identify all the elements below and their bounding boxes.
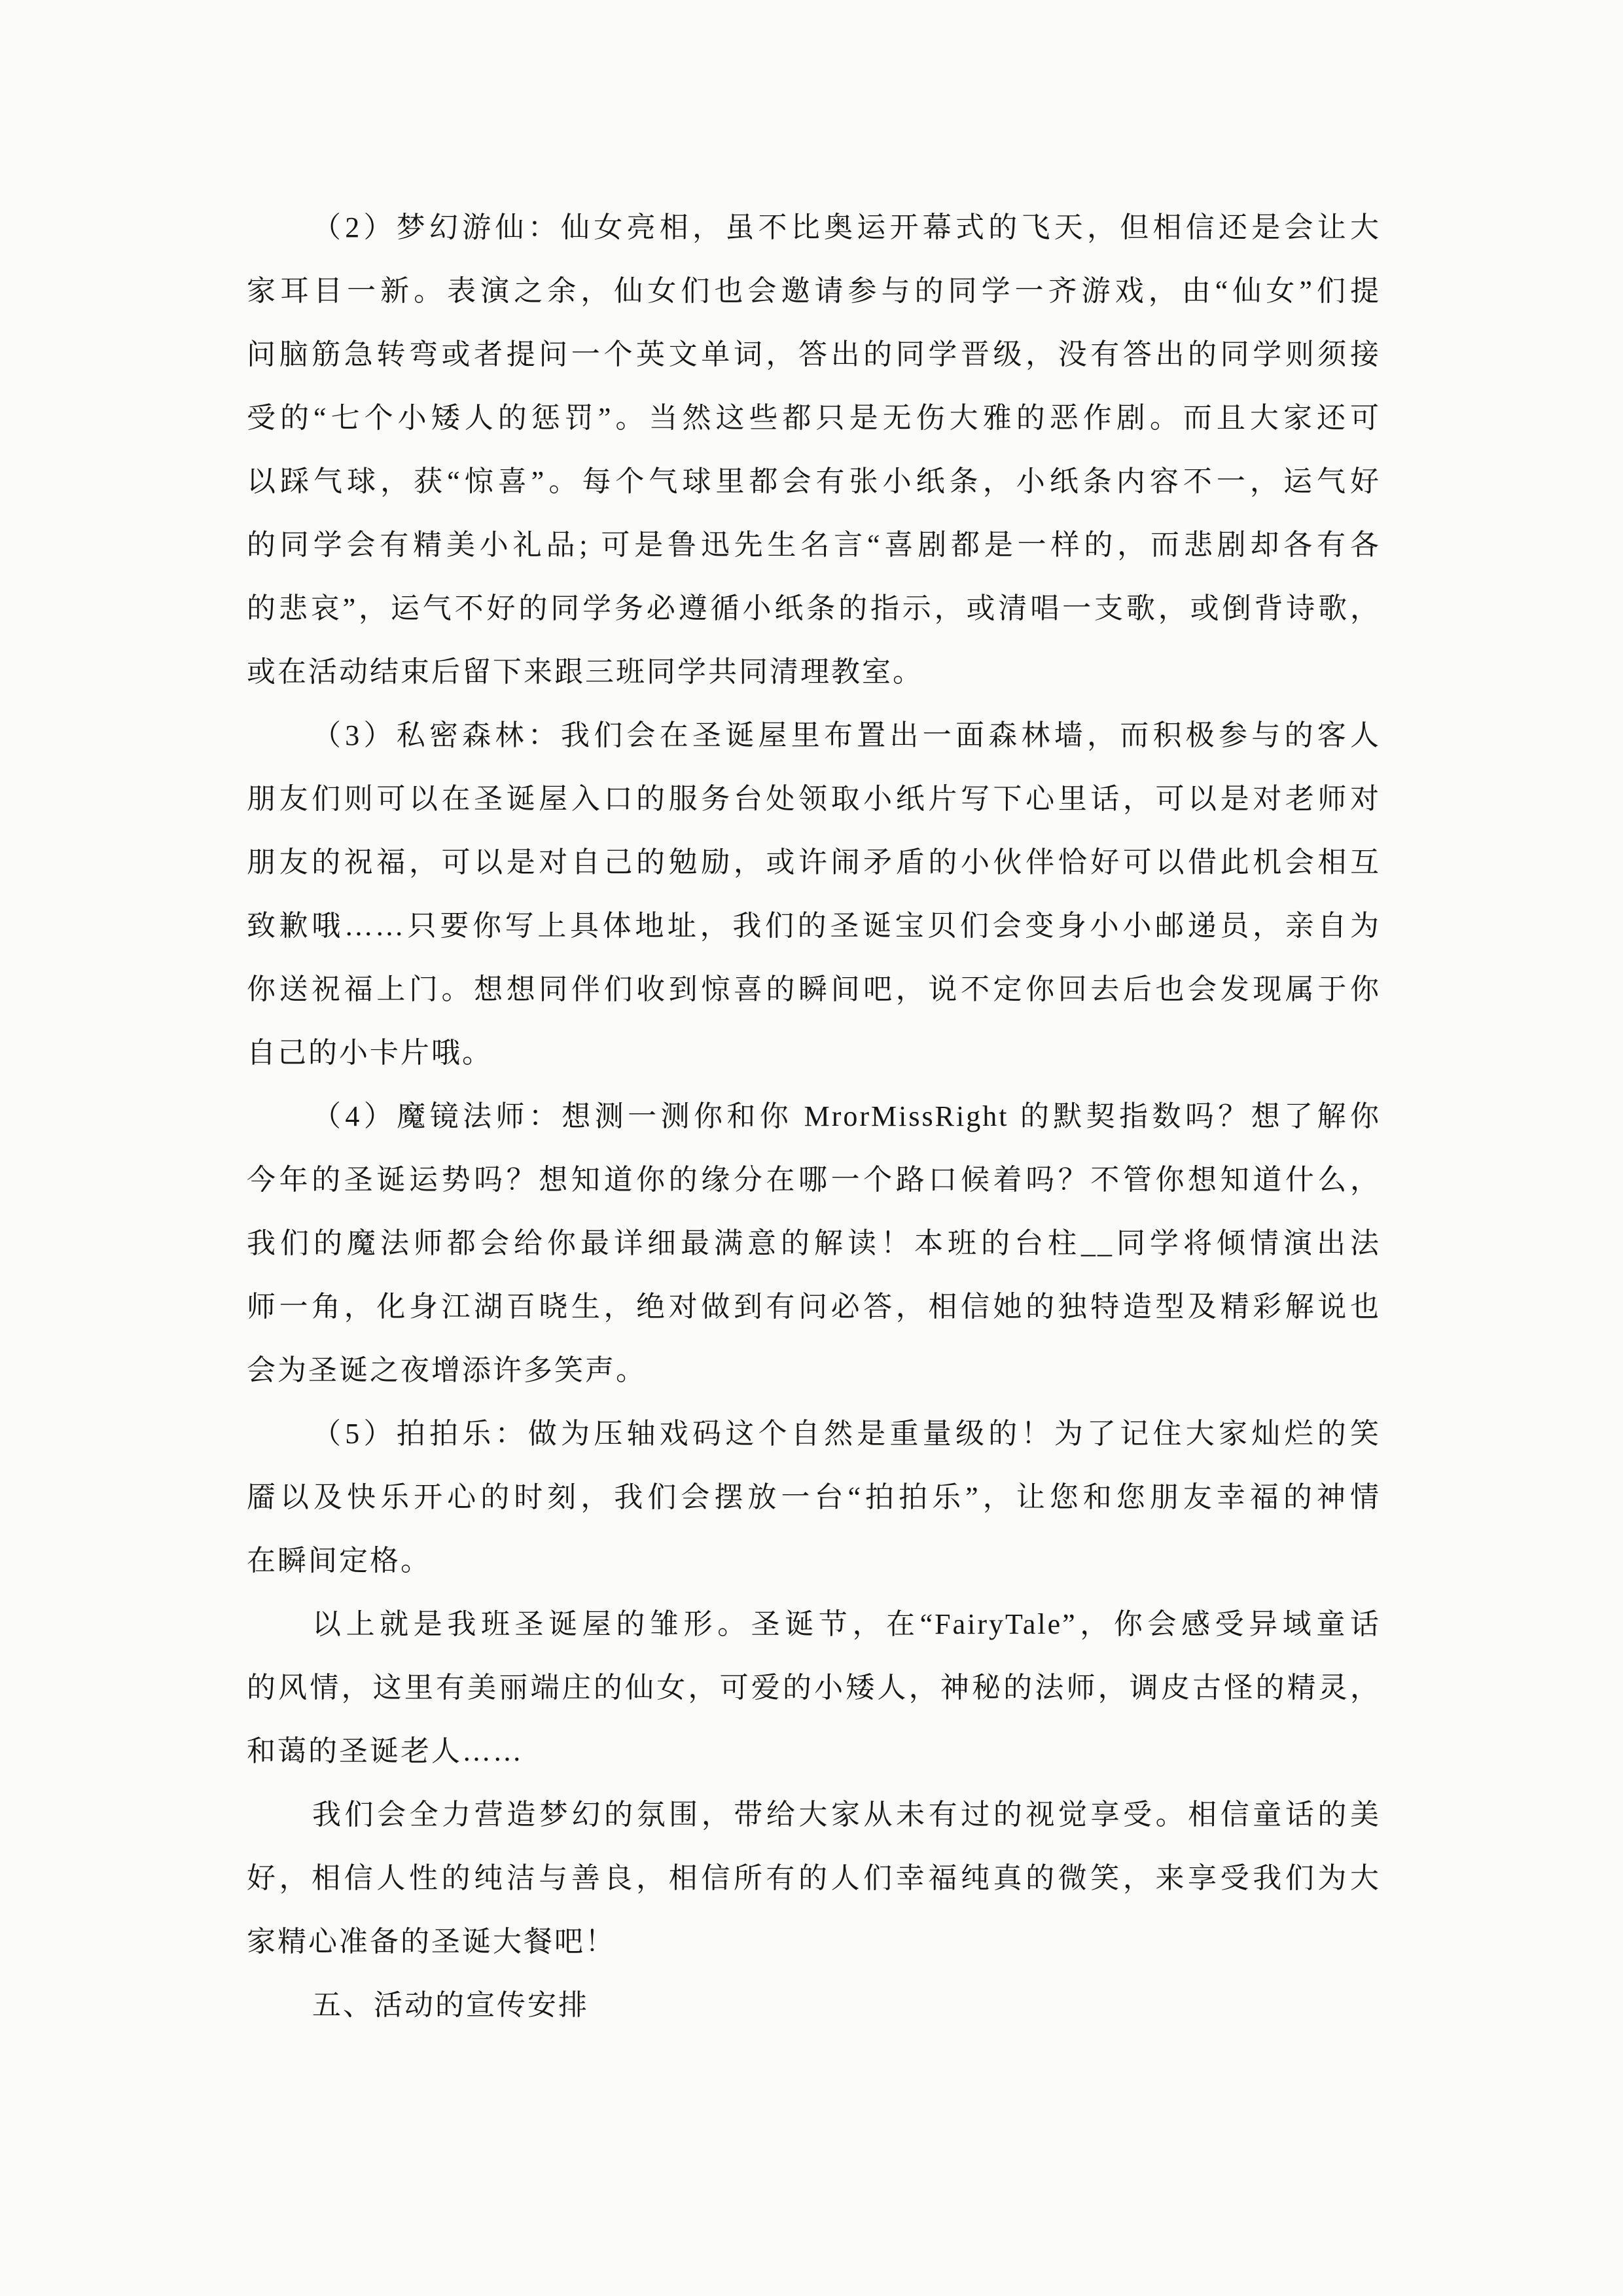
paragraph: 我们会全力营造梦幻的氛围，带给大家从未有过的视觉享受。相信童话的美好，相信人性的…: [247, 1783, 1381, 1973]
text-line: 靥以及快乐开心的时刻，我们会摆放一台“拍拍乐”，让您和您朋友幸福的神情: [247, 1465, 1381, 1529]
text-line: （4）魔镜法师：想测一测你和你 MrorMissRight 的默契指数吗？想了解…: [247, 1085, 1381, 1148]
text-line: 在瞬间定格。: [247, 1529, 1381, 1592]
text-line: 以上就是我班圣诞屋的雏形。圣诞节，在“FairyTale”，你会感受异域童话: [247, 1592, 1381, 1656]
document-page: （2）梦幻游仙：仙女亮相，虽不比奥运开幕式的飞天，但相信还是会让大家耳目一新。表…: [0, 0, 1623, 2296]
text-line: 问脑筋急转弯或者提问一个英文单词，答出的同学晋级，没有答出的同学则须接: [247, 323, 1381, 386]
text-line: （5）拍拍乐：做为压轴戏码这个自然是重量级的！为了记住大家灿烂的笑: [247, 1402, 1381, 1465]
paragraph: （5）拍拍乐：做为压轴戏码这个自然是重量级的！为了记住大家灿烂的笑靥以及快乐开心…: [247, 1402, 1381, 1592]
section-heading: 五、活动的宣传安排: [247, 1973, 1381, 2037]
text-line: 的同学会有精美小礼品; 可是鲁迅先生名言“喜剧都是一样的，而悲剧却各有各: [247, 513, 1381, 577]
text-line: 朋友的祝福，可以是对自己的勉励，或许闹矛盾的小伙伴恰好可以借此机会相互: [247, 831, 1381, 894]
text-line: 家精心准备的圣诞大餐吧！: [247, 1910, 1381, 1973]
text-line: 你送祝福上门。想想同伴们收到惊喜的瞬间吧，说不定你回去后也会发现属于你: [247, 958, 1381, 1021]
text-line: 我们的魔法师都会给你最详细最满意的解读！本班的台柱__同学将倾情演出法: [247, 1211, 1381, 1275]
text-line: 自己的小卡片哦。: [247, 1021, 1381, 1085]
text-line: 五、活动的宣传安排: [247, 1973, 1381, 2037]
text-line: 或在活动结束后留下来跟三班同学共同清理教室。: [247, 640, 1381, 704]
text-line: 会为圣诞之夜增添许多笑声。: [247, 1338, 1381, 1402]
text-line: 致歉哦……只要你写上具体地址，我们的圣诞宝贝们会变身小小邮递员，亲自为: [247, 894, 1381, 958]
text-line: 和蔼的圣诞老人……: [247, 1719, 1381, 1783]
paragraph: （3）私密森林：我们会在圣诞屋里布置出一面森林墙，而积极参与的客人朋友们则可以在…: [247, 704, 1381, 1085]
text-line: 师一角，化身江湖百晓生，绝对做到有问必答，相信她的独特造型及精彩解说也: [247, 1275, 1381, 1338]
text-line: 今年的圣诞运势吗？想知道你的缘分在哪一个路口候着吗？不管你想知道什么，: [247, 1148, 1381, 1211]
text-line: 朋友们则可以在圣诞屋入口的服务台处领取小纸片写下心里话，可以是对老师对: [247, 767, 1381, 831]
paragraph: （2）梦幻游仙：仙女亮相，虽不比奥运开幕式的飞天，但相信还是会让大家耳目一新。表…: [247, 196, 1381, 704]
text-body: （2）梦幻游仙：仙女亮相，虽不比奥运开幕式的飞天，但相信还是会让大家耳目一新。表…: [247, 196, 1381, 2037]
text-line: 我们会全力营造梦幻的氛围，带给大家从未有过的视觉享受。相信童话的美: [247, 1783, 1381, 1846]
text-line: 家耳目一新。表演之余，仙女们也会邀请参与的同学一齐游戏，由“仙女”们提: [247, 259, 1381, 323]
text-line: 以踩气球，获“惊喜”。每个气球里都会有张小纸条，小纸条内容不一，运气好: [247, 450, 1381, 513]
text-line: （3）私密森林：我们会在圣诞屋里布置出一面森林墙，而积极参与的客人: [247, 704, 1381, 767]
paragraph: （4）魔镜法师：想测一测你和你 MrorMissRight 的默契指数吗？想了解…: [247, 1085, 1381, 1402]
text-line: 的悲哀”，运气不好的同学务必遵循小纸条的指示，或清唱一支歌，或倒背诗歌，: [247, 577, 1381, 640]
text-line: 受的“七个小矮人的惩罚”。当然这些都只是无伤大雅的恶作剧。而且大家还可: [247, 386, 1381, 450]
text-line: 好，相信人性的纯洁与善良，相信所有的人们幸福纯真的微笑，来享受我们为大: [247, 1846, 1381, 1910]
text-line: （2）梦幻游仙：仙女亮相，虽不比奥运开幕式的飞天，但相信还是会让大: [247, 196, 1381, 259]
text-line: 的风情，这里有美丽端庄的仙女，可爱的小矮人，神秘的法师，调皮古怪的精灵，: [247, 1656, 1381, 1719]
paragraph: 以上就是我班圣诞屋的雏形。圣诞节，在“FairyTale”，你会感受异域童话的风…: [247, 1592, 1381, 1783]
